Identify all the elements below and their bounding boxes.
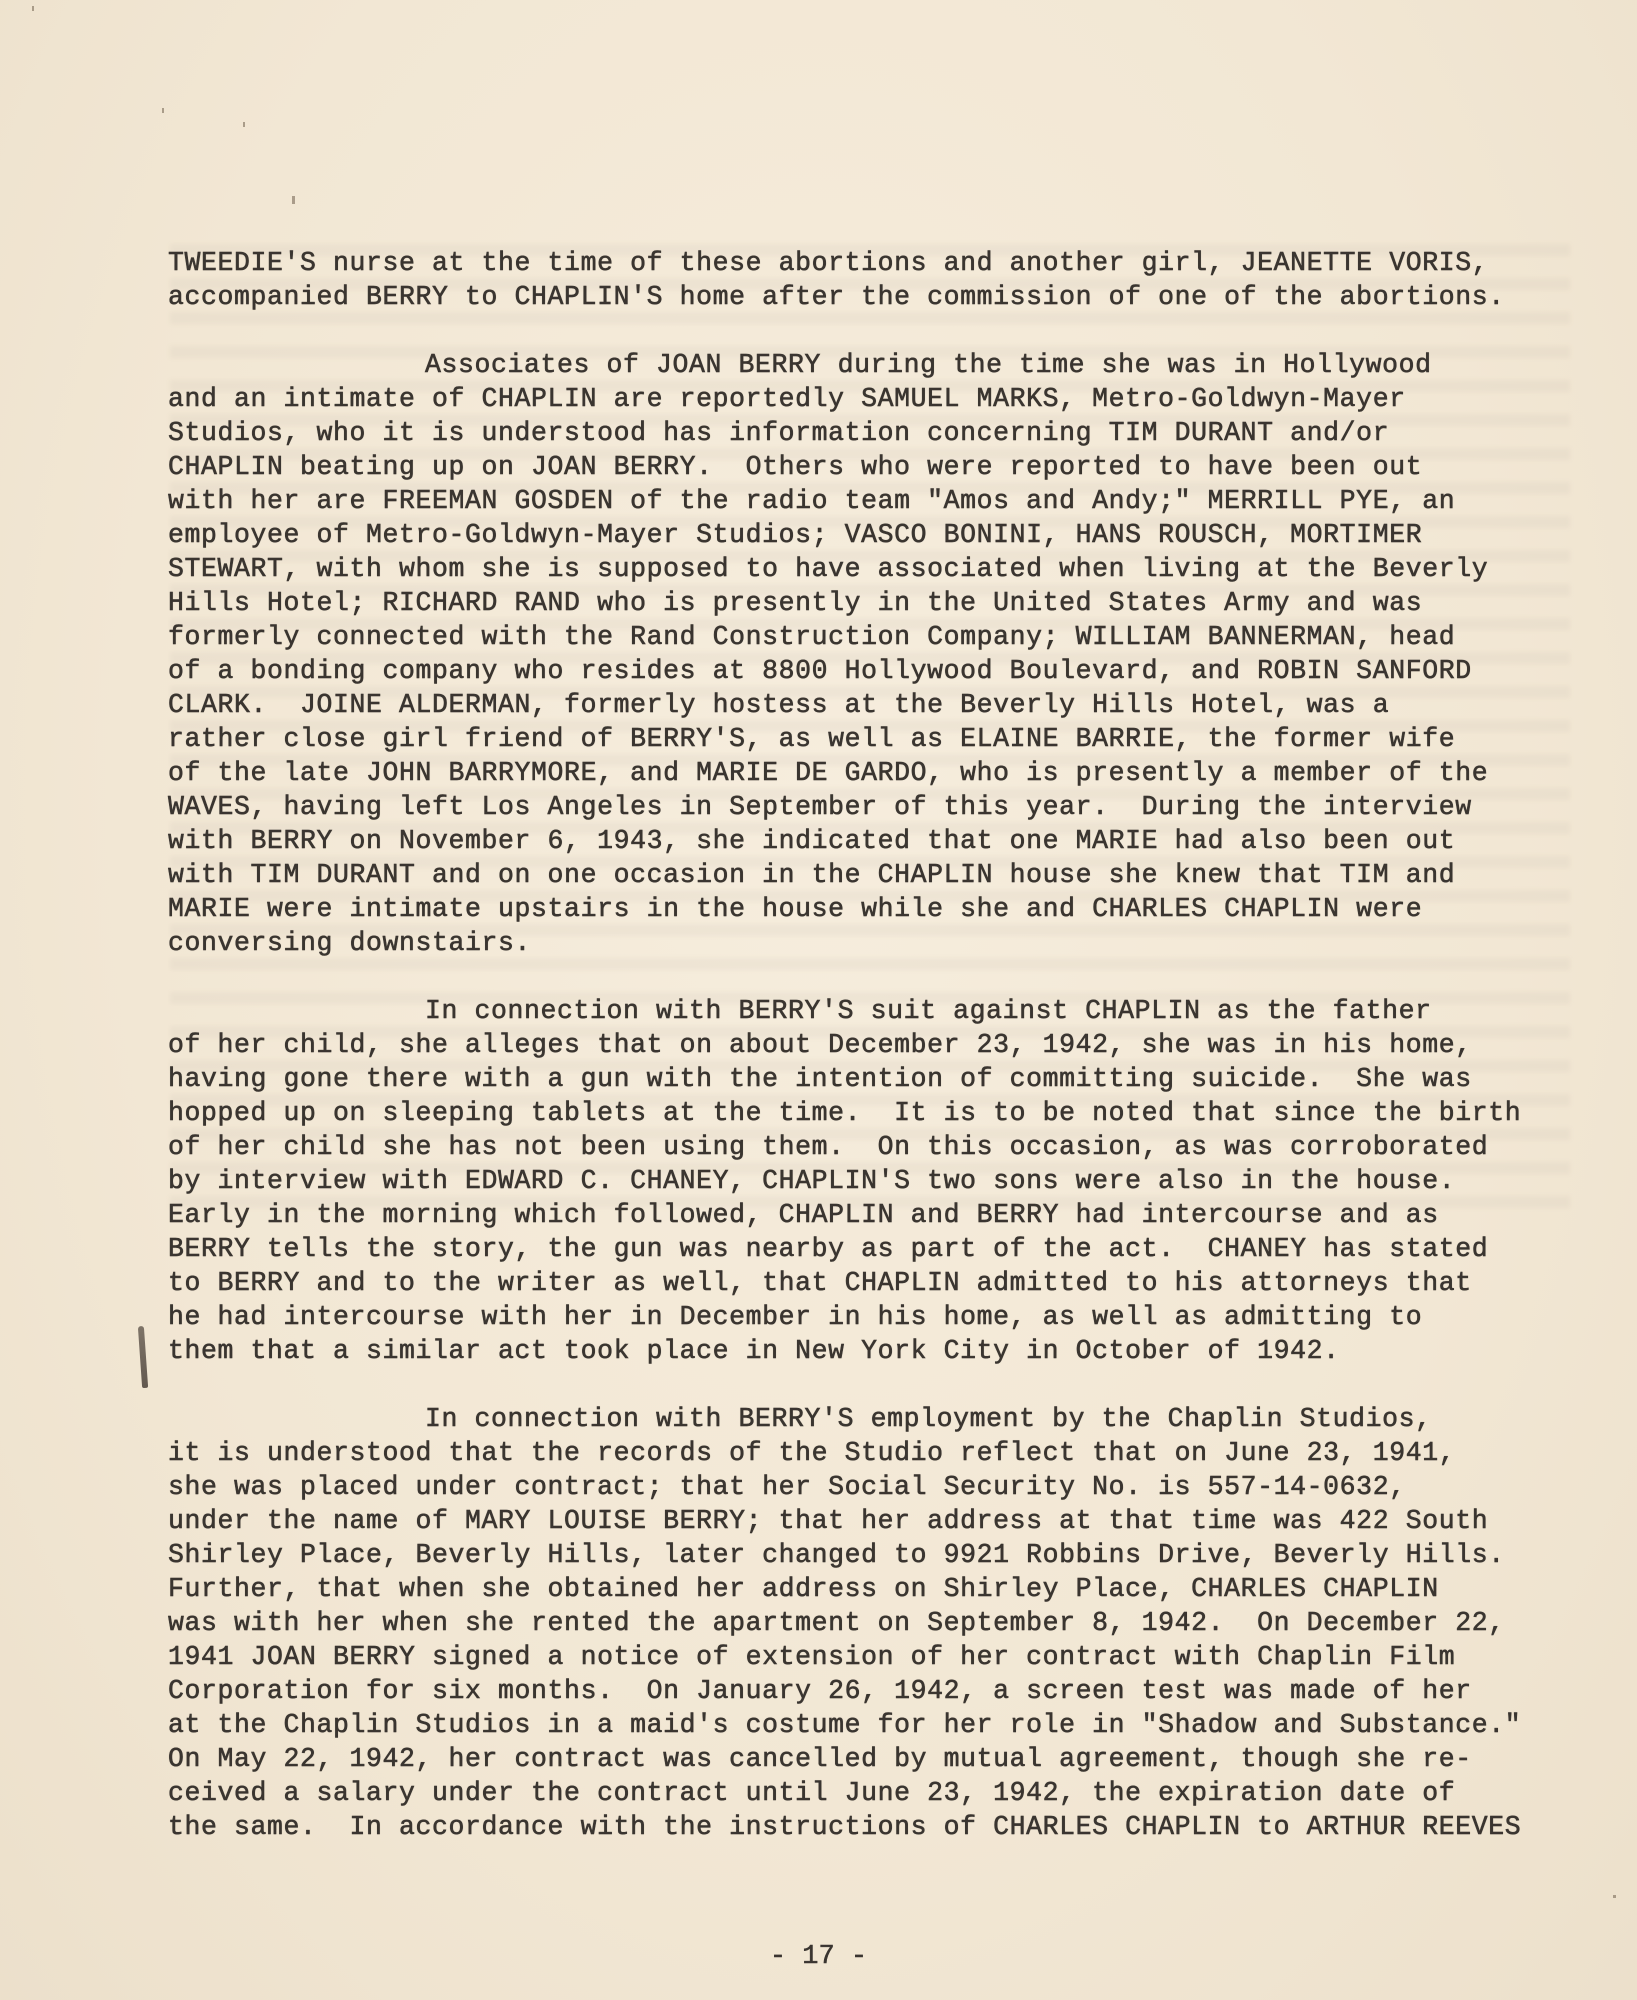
text-line: them that a similar act took place in Ne… [168,1334,1588,1368]
paper-speck [32,6,34,11]
document-page: TWEEDIE'S nurse at the time of these abo… [0,0,1637,2000]
text-line: 1941 JOAN BERRY signed a notice of exten… [168,1640,1588,1674]
document-body: TWEEDIE'S nurse at the time of these abo… [168,246,1588,1844]
text-line: Shirley Place, Beverly Hills, later chan… [168,1538,1588,1572]
text-line: Further, that when she obtained her addr… [168,1572,1588,1606]
text-line: CLARK. JOINE ALDERMAN, formerly hostess … [168,688,1588,722]
text-line: hopped up on sleeping tablets at the tim… [168,1096,1588,1130]
page-number: - 17 - [0,1942,1637,1972]
text-line: employee of Metro-Goldwyn-Mayer Studios;… [168,518,1588,552]
text-line: of the late JOHN BARRYMORE, and MARIE DE… [168,756,1588,790]
text-line: STEWART, with whom she is supposed to ha… [168,552,1588,586]
text-line: the same. In accordance with the instruc… [168,1810,1588,1844]
text-line: Corporation for six months. On January 2… [168,1674,1588,1708]
text-line: Studios, who it is understood has inform… [168,416,1588,450]
margin-pencil-mark [138,1326,148,1388]
paper-speck [1613,1895,1616,1898]
paper-speck [292,196,295,204]
text-line: formerly connected with the Rand Constru… [168,620,1588,654]
text-line: of her child she has not been using them… [168,1130,1588,1164]
paragraph-4: In connection with BERRY'S employment by… [168,1402,1588,1844]
text-line: WAVES, having left Los Angeles in Septem… [168,790,1588,824]
text-line: having gone there with a gun with the in… [168,1062,1588,1096]
paragraph-2: Associates of JOAN BERRY during the time… [168,348,1588,960]
paper-speck [243,122,245,127]
text-line: under the name of MARY LOUISE BERRY; tha… [168,1504,1588,1538]
text-line: Early in the morning which followed, CHA… [168,1198,1588,1232]
text-line: it is understood that the records of the… [168,1436,1588,1470]
text-line: On May 22, 1942, her contract was cancel… [168,1742,1588,1776]
text-line: MARIE were intimate upstairs in the hous… [168,892,1588,926]
text-line: he had intercourse with her in December … [168,1300,1588,1334]
text-line: Associates of JOAN BERRY during the time… [168,348,1588,382]
text-line: accompanied BERRY to CHAPLIN'S home afte… [168,280,1588,314]
text-line: by interview with EDWARD C. CHANEY, CHAP… [168,1164,1588,1198]
paper-speck [162,108,164,113]
text-line: and an intimate of CHAPLIN are reportedl… [168,382,1588,416]
text-line: CHAPLIN beating up on JOAN BERRY. Others… [168,450,1588,484]
text-line: with TIM DURANT and on one occasion in t… [168,858,1588,892]
text-line: to BERRY and to the writer as well, that… [168,1266,1588,1300]
text-line: In connection with BERRY'S suit against … [168,994,1588,1028]
text-line: she was placed under contract; that her … [168,1470,1588,1504]
text-line: In connection with BERRY'S employment by… [168,1402,1588,1436]
paragraph-1: TWEEDIE'S nurse at the time of these abo… [168,246,1588,314]
text-line: of her child, she alleges that on about … [168,1028,1588,1062]
paragraph-3: In connection with BERRY'S suit against … [168,994,1588,1368]
text-line: conversing downstairs. [168,926,1588,960]
text-line: was with her when she rented the apartme… [168,1606,1588,1640]
text-line: of a bonding company who resides at 8800… [168,654,1588,688]
text-line: Hills Hotel; RICHARD RAND who is present… [168,586,1588,620]
text-line: BERRY tells the story, the gun was nearb… [168,1232,1588,1266]
text-line: TWEEDIE'S nurse at the time of these abo… [168,246,1588,280]
text-line: rather close girl friend of BERRY'S, as … [168,722,1588,756]
text-line: ceived a salary under the contract until… [168,1776,1588,1810]
text-line: at the Chaplin Studios in a maid's costu… [168,1708,1588,1742]
text-line: with BERRY on November 6, 1943, she indi… [168,824,1588,858]
text-line: with her are FREEMAN GOSDEN of the radio… [168,484,1588,518]
